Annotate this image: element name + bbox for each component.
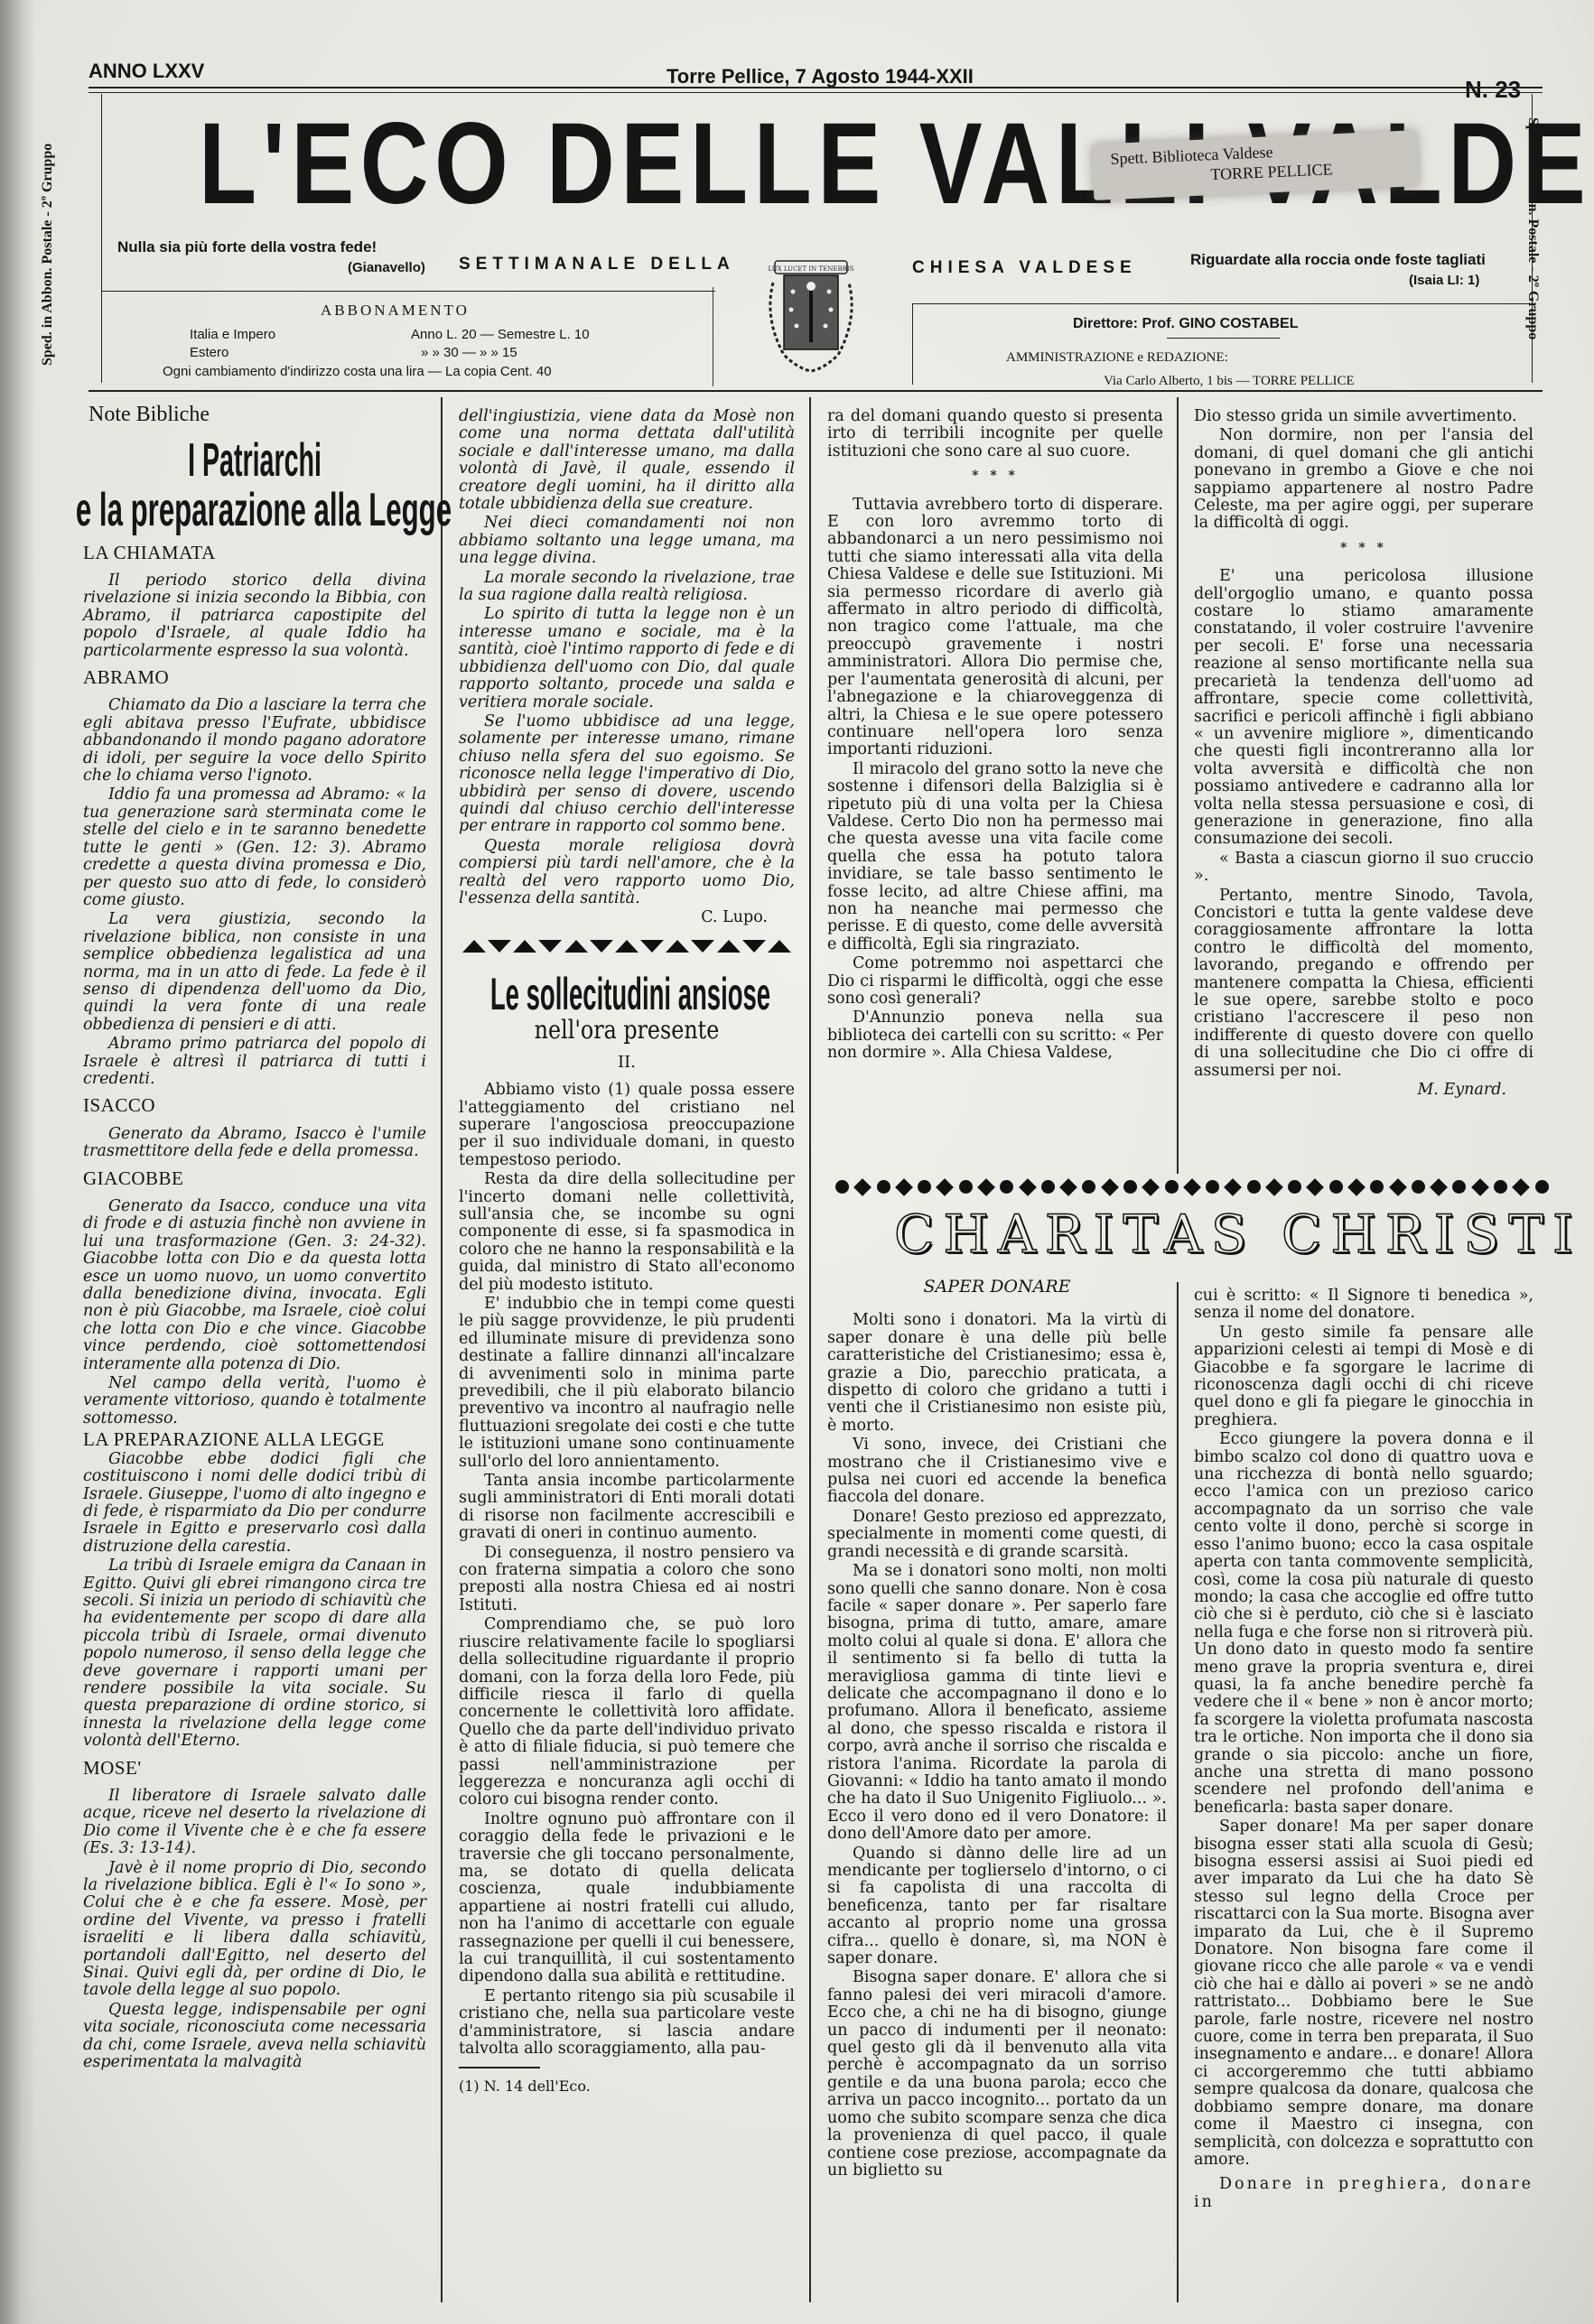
paragraph: Pertanto, mentre Sinodo, Tavola, Concist… <box>1194 888 1533 1080</box>
paragraph: Se l'uomo ubbidisce ad una legge, solame… <box>459 713 795 836</box>
paragraph: E' indubbio che in tempi come questi le … <box>459 1296 795 1471</box>
article-charitas-col4: cui è scritto: « Il Signore ti benedica … <box>1194 1287 1533 2213</box>
paragraph: Abbiamo visto (1) quale possa essere l'a… <box>459 1082 795 1169</box>
column-divider-3 <box>1177 397 1179 1174</box>
paragraph: Saper donare! Ma per saper donare bisogn… <box>1194 1818 1533 2169</box>
column-divider-3b <box>1177 1282 1179 2302</box>
paragraph: Comprendiamo che, se può loro riuscire r… <box>459 1616 795 1808</box>
section-heading: LA CHIAMATA <box>83 544 426 562</box>
paragraph: Questa legge, indispensabile per ogni vi… <box>83 2002 426 2072</box>
section-heading: ABRAMO <box>83 669 426 686</box>
section-heading: MOSE' <box>83 1760 426 1777</box>
subtitle-left: SETTIMANALE DELLA <box>459 255 735 274</box>
paragraph: Tuttavia avrebbero torto di disperare. E… <box>827 497 1163 759</box>
article-kicker: Note Bibliche <box>89 406 426 423</box>
paragraph: Generato da Isacco, conduce una vita di … <box>83 1198 426 1373</box>
paragraph: E' una pericolosa illusione dell'orgogli… <box>1194 568 1533 849</box>
paragraph: ra del domani quando questo si presenta … <box>827 408 1163 460</box>
article-sollecitudini-title-line1: Le sollecitudini ansiose <box>457 971 805 1018</box>
article-part-number: II. <box>459 1054 795 1071</box>
paragraph: Vi sono, invece, dei Cristiani che mostr… <box>827 1436 1167 1507</box>
paragraph: Il periodo storico della divina rivelazi… <box>83 572 426 660</box>
paragraph: Iddio fa una promessa ad Abramo: « la tu… <box>83 786 426 909</box>
triangle-ornament-divider <box>459 940 795 953</box>
paragraph: Un gesto simile fa pensare alle apparizi… <box>1194 1325 1533 1429</box>
column-4-top: Dio stesso grida un simile avvertimento.… <box>1194 408 1533 1099</box>
paragraph: La tribù di Israele emigra da Canaan in … <box>83 1557 426 1750</box>
director: Direttore: Prof. GINO COSTABEL <box>1073 316 1299 332</box>
paragraph: La morale secondo la rivelazione, trae l… <box>459 570 795 605</box>
paragraph: Di conseguenza, il nostro pensiero va co… <box>459 1545 795 1615</box>
paragraph: Inoltre ognuno può affrontare con il cor… <box>459 1811 795 1986</box>
paragraph: Nel campo della verità, l'uomo è veramen… <box>83 1375 426 1427</box>
paragraph: Nei dieci comandamenti noi non abbiamo s… <box>459 515 795 567</box>
top-rule <box>89 87 1543 88</box>
article-title-line1: I Patriarchi <box>161 436 350 486</box>
footnote: (1) N. 14 dell'Eco. <box>459 2078 795 2095</box>
article-charitas-title: CHARITAS CHRISTI <box>894 1204 1582 1265</box>
article-charitas-col3: SAPER DONARE Molti sono i donatori. Ma l… <box>827 1278 1167 2181</box>
paragraph: Donare! Gesto prezioso ed apprezzato, sp… <box>827 1509 1167 1561</box>
motto-right: Riguardate alla roccia onde foste taglia… <box>1190 251 1486 269</box>
subscription-note: Ogni cambiamento d'indirizzo costa una l… <box>163 364 552 379</box>
paragraph: Javè è il nome proprio di Dio, secondo l… <box>83 1860 426 2000</box>
paragraph: Resta da dire della sollecitudine per l'… <box>459 1171 795 1294</box>
paragraph: Dio stesso grida un simile avvertimento. <box>1194 408 1533 425</box>
year-label: ANNO LXXV <box>89 60 204 83</box>
paragraph: E pertanto ritengo sia più scusabile il … <box>459 1988 795 2059</box>
column-divider-2 <box>809 397 811 2302</box>
paragraph: Quando si dànno delle lire ad un mendica… <box>827 1845 1167 1968</box>
signature: C. Lupo. <box>459 909 795 926</box>
subscription-heading: ABBONAMENTO <box>321 302 470 320</box>
paragraph: Abramo primo patriarca del popolo di Isr… <box>83 1036 426 1088</box>
paragraph: Tanta ansia incombe particolarmente sugl… <box>459 1473 795 1543</box>
postal-note-left: Sped. in Abbon. Postale - 2º Gruppo <box>40 144 56 366</box>
subscription-row2-label: Estero <box>190 345 228 360</box>
section-separator: * * * <box>1194 540 1533 557</box>
newspaper-page: ANNO LXXV Torre Pellice, 7 Agosto 1944-X… <box>0 0 1594 2324</box>
paragraph: Ma se i donatori sono molti, non molti s… <box>827 1563 1167 1844</box>
paragraph: Il miracolo del grano sotto la neve che … <box>827 761 1163 953</box>
motto-left-source: (Gianavello) <box>348 260 425 275</box>
paragraph: Molti sono i donatori. Ma la virtù di sa… <box>827 1312 1167 1435</box>
article-patriarchi: Note Bibliche I Patriarchi e la preparaz… <box>83 406 426 2074</box>
top-rule-thin <box>89 92 1543 93</box>
paragraph: Come potremmo noi aspettarci che Dio ci … <box>827 955 1163 1008</box>
scan-edge-shadow <box>0 0 36 2324</box>
diamond-ornament-divider <box>835 1180 1549 1194</box>
director-box-left <box>912 303 913 385</box>
paragraph: Questa morale religiosa dovrà compiersi … <box>459 838 795 908</box>
motto-left: Nulla sia più forte della vostra fede! <box>117 238 377 256</box>
paragraph: cui è scritto: « Il Signore ti benedica … <box>1194 1287 1533 1323</box>
column-divider-1 <box>441 397 443 2302</box>
motto-right-source: (Isaia LI: 1) <box>1409 273 1479 288</box>
administration-heading: AMMINISTRAZIONE e REDAZIONE: <box>1006 350 1228 366</box>
signature: M. Eynard. <box>1194 1082 1533 1099</box>
column-3-top: ra del domani quando questo si presenta … <box>827 408 1163 1064</box>
dateline: Torre Pellice, 7 Agosto 1944-XXII <box>666 65 974 88</box>
paragraph: Generato da Abramo, Isacco è l'umile tra… <box>83 1126 426 1161</box>
director-rule <box>912 303 1532 304</box>
paragraph: Bisogna saper donare. E' allora che si f… <box>827 1969 1167 2180</box>
section-heading: LA PREPARAZIONE ALLA LEGGE <box>83 1431 426 1448</box>
paragraph: Non dormire, non per l'ansia del domani,… <box>1194 427 1533 532</box>
paragraph: D'Annunzio poneva nella sua biblioteca d… <box>827 1009 1163 1062</box>
paragraph: La vera giustizia, secondo la rivelazion… <box>83 911 426 1034</box>
administration-address: Via Carlo Alberto, 1 bis — TORRE PELLICE <box>1104 374 1355 389</box>
waldensian-coat-of-arms-icon: LUX LUCET IN TENEBRIS <box>757 256 865 382</box>
paragraph: « Basta a ciascun giorno il suo cruccio … <box>1194 851 1533 886</box>
article-charitas-subtitle: SAPER DONARE <box>827 1278 1167 1296</box>
section-heading: GIACOBBE <box>83 1170 426 1187</box>
section-separator: * * * <box>827 468 1163 485</box>
paragraph: Chiamato da Dio a lasciare la terra che … <box>83 697 426 785</box>
paragraph: Ecco giungere la povera donna e il bimbo… <box>1194 1431 1533 1817</box>
masthead-bottom-rule <box>89 390 1543 392</box>
subscription-row1-values: Anno L. 20 — Semestre L. 10 <box>411 327 590 342</box>
subtitle-right: CHIESA VALDESE <box>912 258 1137 278</box>
subscription-row1-label: Italia e Impero <box>190 327 275 342</box>
column-2: dell'ingiustizia, viene data da Mosè non… <box>459 408 795 2096</box>
closing-line: Donare in preghiera, donare in <box>1194 2176 1533 2211</box>
director-underline <box>1167 338 1280 339</box>
subscription-row2-values: » » 30 — » » 15 <box>421 345 517 360</box>
paragraph: Giacobbe ebbe dodici figli che costituis… <box>83 1451 426 1556</box>
paragraph: dell'ingiustizia, viene data da Mosè non… <box>459 408 795 513</box>
emblem-banner-text: LUX LUCET IN TENEBRIS <box>768 265 853 273</box>
article-sollecitudini-title-line2: nell'ora presente <box>484 1021 769 1038</box>
article-title-line2: e la preparazione alla Legge <box>58 486 470 535</box>
footnote-rule <box>459 2067 540 2068</box>
section-heading: ISACCO <box>83 1097 426 1114</box>
paragraph: Il liberatore di Israele salvato dalle a… <box>83 1788 426 1858</box>
paragraph: Lo spirito di tutta la legge non è un in… <box>459 606 795 711</box>
